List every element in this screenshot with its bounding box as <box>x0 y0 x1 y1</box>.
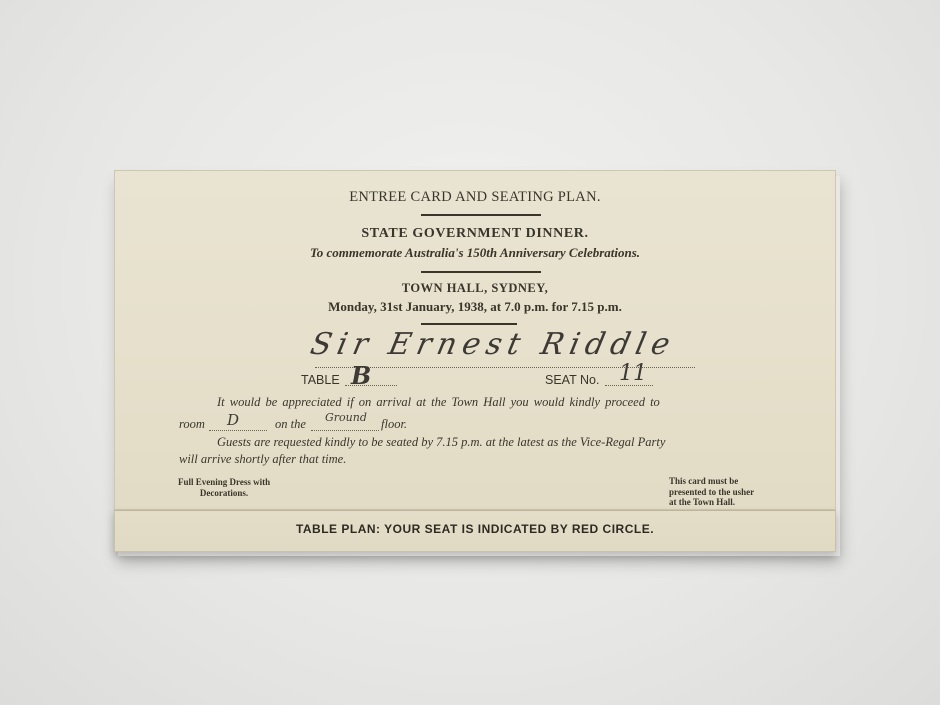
table-value: B <box>351 361 371 390</box>
room-label: room <box>179 417 205 432</box>
guests-text-2: will arrive shortly after that time. <box>179 452 346 467</box>
card-title: ENTREE CARD AND SEATING PLAN. <box>115 189 835 206</box>
table-label: TABLE <box>301 373 340 387</box>
table-plan-text: TABLE PLAN: YOUR SEAT IS INDICATED BY RE… <box>115 522 835 536</box>
venue: TOWN HALL, SYDNEY, <box>115 281 835 296</box>
event-subtitle: To commemorate Australia's 150th Anniver… <box>115 245 835 261</box>
divider <box>421 323 517 325</box>
on-the-label: on the <box>275 417 306 432</box>
event-datetime: Monday, 31st January, 1938, at 7.0 p.m. … <box>115 299 835 315</box>
event-title: STATE GOVERNMENT DINNER. <box>115 226 835 242</box>
floor-value: Ground <box>325 411 367 424</box>
room-line <box>209 430 267 431</box>
entree-card: ENTREE CARD AND SEATING PLAN. STATE GOVE… <box>114 170 836 510</box>
guests-text: Guests are requested kindly to be seated… <box>217 435 665 450</box>
divider <box>421 214 541 216</box>
instruction-text: It would be appreciated if on arrival at… <box>217 395 660 410</box>
usher-notice: This card must be presented to the usher… <box>669 476 754 508</box>
floor-label: floor. <box>381 417 407 432</box>
divider <box>421 271 541 273</box>
table-plan-stub: TABLE PLAN: YOUR SEAT IS INDICATED BY RE… <box>114 510 836 552</box>
floor-line <box>311 430 379 431</box>
guest-name-handwritten: Sir Ernest Riddle <box>307 327 679 362</box>
dress-code: Full Evening Dress with Decorations. <box>178 477 270 498</box>
seat-label: SEAT No. <box>545 373 599 387</box>
seat-value: 11 <box>619 361 647 386</box>
room-value: D <box>227 411 239 429</box>
